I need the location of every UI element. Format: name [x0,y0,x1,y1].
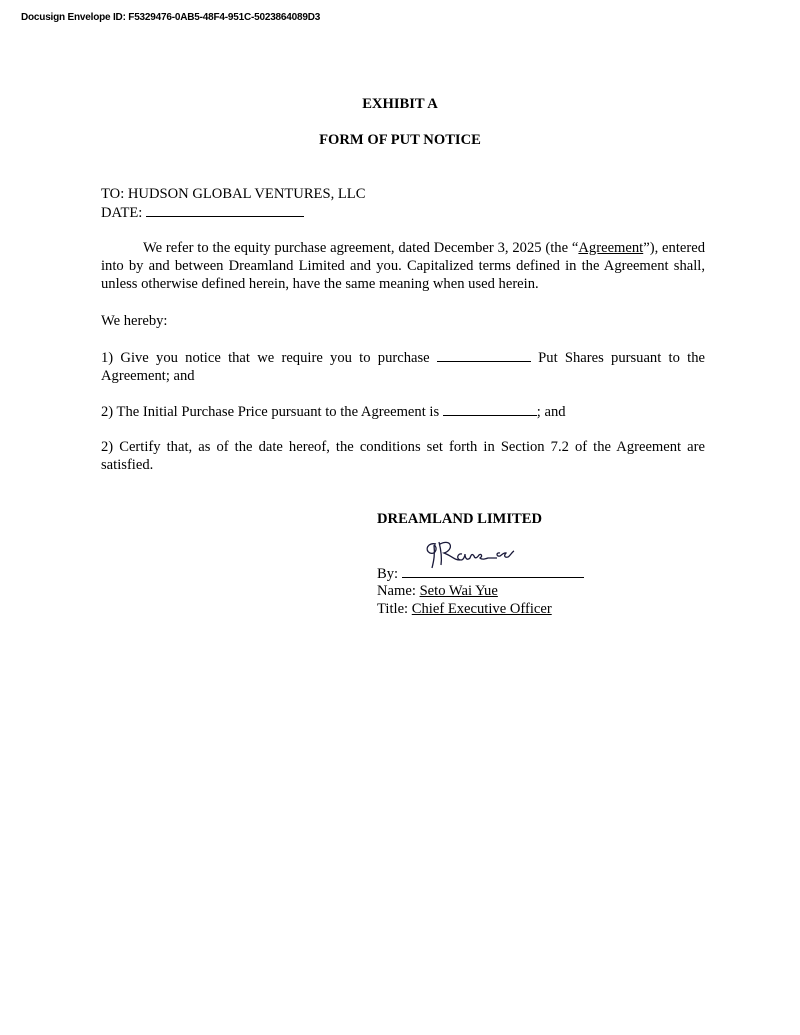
date-field[interactable] [146,203,304,217]
exhibit-title: EXHIBIT A [101,95,699,113]
date-line: DATE: [101,203,304,222]
agreement-defined-term: Agreement [578,240,643,256]
item-2-text-pre: 2) The Initial Purchase Price pursuant t… [101,404,439,420]
put-shares-field[interactable] [437,348,531,362]
item-1: 1) Give you notice that we require you t… [101,348,705,385]
item-2-text-post: ; and [537,404,566,420]
signer-title: Chief Executive Officer [412,601,552,617]
addressee-line: TO: HUDSON GLOBAL VENTURES, LLC [101,185,365,203]
by-line: By: [377,564,584,583]
item-2: 2) The Initial Purchase Price pursuant t… [101,402,566,421]
initial-purchase-price-field[interactable] [443,402,537,416]
company-name: DREAMLAND LIMITED [377,510,542,528]
signer-name: Seto Wai Yue [420,583,498,599]
by-label: By: [377,566,398,582]
item-1-text-pre: 1) Give you notice that we require you t… [101,350,430,366]
intro-paragraph: We refer to the equity purchase agreemen… [101,239,705,293]
envelope-id: Docusign Envelope ID: F5329476-0AB5-48F4… [21,12,320,23]
intro-text-pre: We refer to the equity purchase agreemen… [143,240,578,256]
hereby-line: We hereby: [101,312,168,330]
item-3: 2) Certify that, as of the date hereof, … [101,438,705,474]
title-label: Title: [377,601,408,617]
exhibit-subtitle: FORM OF PUT NOTICE [101,131,699,149]
name-label: Name: [377,583,416,599]
date-label: DATE: [101,205,142,221]
name-line: Name: Seto Wai Yue [377,582,498,600]
title-line: Title: Chief Executive Officer [377,600,552,618]
signature-field[interactable] [402,564,584,578]
